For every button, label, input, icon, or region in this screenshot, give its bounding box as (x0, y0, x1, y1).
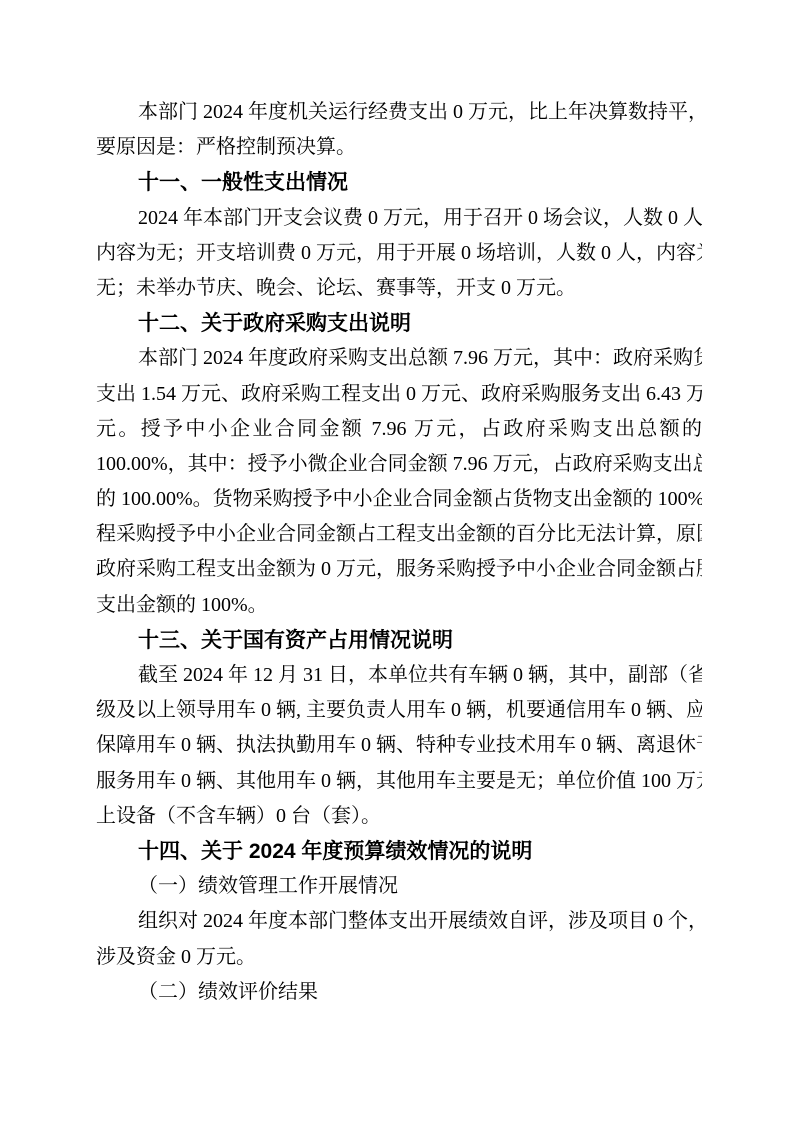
text-line: 元。授予中小企业合同金额 7.96 万元，占政府采购支出总额的 (96, 412, 702, 447)
text-line: 涉及资金 0 万元。 (96, 940, 702, 975)
document-page: 本部门 2024 年度机关运行经费支出 0 万元，比上年决算数持平，主 要原因是… (0, 0, 793, 1122)
text-line: 服务用车 0 辆、其他用车 0 辆，其他用车主要是无；单位价值 100 万元以 (96, 764, 702, 799)
text-line: 2024 年本部门开支会议费 0 万元，用于召开 0 场会议，人数 0 人， (96, 201, 702, 236)
text-line: 政府采购工程支出金额为 0 万元，服务采购授予中小企业合同金额占服务 (96, 552, 702, 587)
text-line: 要原因是：严格控制预决算。 (96, 130, 702, 165)
text-line: 100.00%，其中：授予小微企业合同金额 7.96 万元，占政府采购支出总额 (96, 447, 702, 482)
subheading-performance-management: （一）绩效管理工作开展情况 (96, 869, 702, 904)
text-line: 级及以上领导用车 0 辆, 主要负责人用车 0 辆，机要通信用车 0 辆、应急 (96, 693, 702, 728)
text-line: 程采购授予中小企业合同金额占工程支出金额的百分比无法计算，原因是 (96, 517, 702, 552)
document-body: 本部门 2024 年度机关运行经费支出 0 万元，比上年决算数持平，主 要原因是… (96, 95, 702, 1010)
text-line: 内容为无；开支培训费 0 万元，用于开展 0 场培训，人数 0 人，内容为 (96, 236, 702, 271)
text-line: 保障用车 0 辆、执法执勤用车 0 辆、特种专业技术用车 0 辆、离退休干部 (96, 728, 702, 763)
paragraph-general-expenditure: 2024 年本部门开支会议费 0 万元，用于召开 0 场会议，人数 0 人， 内… (96, 201, 702, 307)
paragraph-operating-expense: 本部门 2024 年度机关运行经费支出 0 万元，比上年决算数持平，主 要原因是… (96, 95, 702, 165)
text-line: 本部门 2024 年度机关运行经费支出 0 万元，比上年决算数持平，主 (96, 95, 702, 130)
paragraph-government-procurement: 本部门 2024 年度政府采购支出总额 7.96 万元，其中：政府采购货物 支出… (96, 341, 702, 623)
heading-government-procurement: 十二、关于政府采购支出说明 (96, 306, 702, 341)
subheading-performance-evaluation-result: （二）绩效评价结果 (96, 975, 702, 1010)
paragraph-performance-selfassessment: 组织对 2024 年度本部门整体支出开展绩效自评，涉及项目 0 个，共 涉及资金… (96, 904, 702, 974)
text-line: 无；未举办节庆、晚会、论坛、赛事等，开支 0 万元。 (96, 271, 702, 306)
heading-state-owned-assets: 十三、关于国有资产占用情况说明 (96, 623, 702, 658)
text-line: 的 100.00%。货物采购授予中小企业合同金额占货物支出金额的 100%，工 (96, 482, 702, 517)
paragraph-state-owned-assets: 截至 2024 年 12 月 31 日，本单位共有车辆 0 辆，其中，副部（省）… (96, 658, 702, 834)
text-line: 截至 2024 年 12 月 31 日，本单位共有车辆 0 辆，其中，副部（省） (96, 658, 702, 693)
heading-budget-performance: 十四、关于 2024 年度预算绩效情况的说明 (96, 834, 702, 869)
text-line: 上设备（不含车辆）0 台（套）。 (96, 799, 702, 834)
text-line: 支出 1.54 万元、政府采购工程支出 0 万元、政府采购服务支出 6.43 万 (96, 377, 702, 412)
heading-general-expenditure: 十一、一般性支出情况 (96, 165, 702, 200)
text-line: 组织对 2024 年度本部门整体支出开展绩效自评，涉及项目 0 个，共 (96, 904, 702, 939)
text-line: 本部门 2024 年度政府采购支出总额 7.96 万元，其中：政府采购货物 (96, 341, 702, 376)
text-line: 支出金额的 100%。 (96, 588, 702, 623)
